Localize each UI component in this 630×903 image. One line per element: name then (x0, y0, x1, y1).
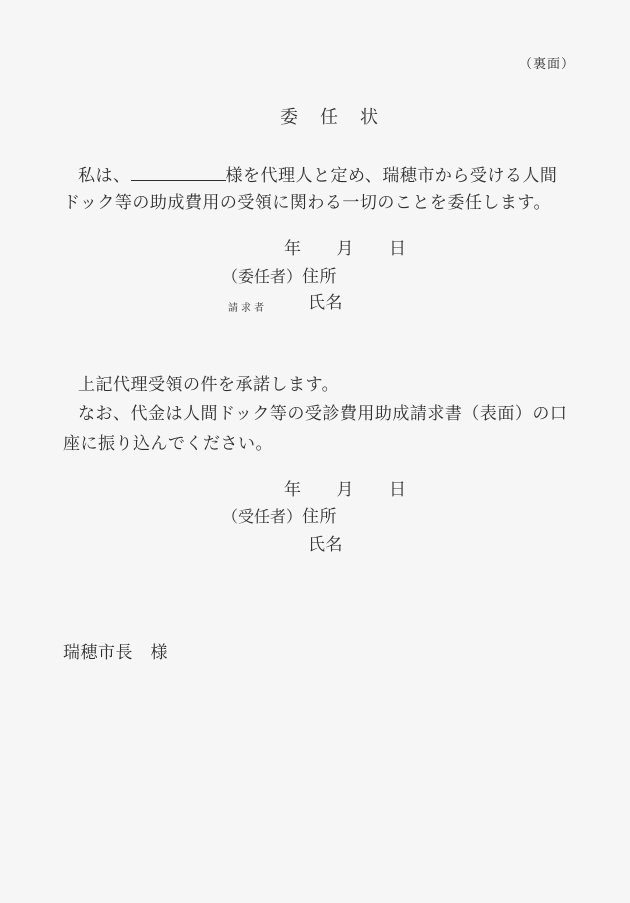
delegation-line1-suffix: 様を代理人と定め、瑞穂市から受ける人間 (226, 166, 558, 185)
agent-name-blank-field (131, 163, 226, 181)
delegatee-address-line: （受任者）住所 (222, 508, 337, 527)
delegation-paragraph-line2: ドック等の助成費用の受領に関わる一切のことを委任します。 (63, 194, 551, 212)
claimant-label: 請求者 (228, 300, 267, 318)
delegator-name-label: 氏名 (308, 294, 343, 312)
delegator-address-line: （委任者）住所 (222, 268, 337, 287)
delegator-role-label: （委任者） (222, 269, 302, 286)
delegatee-role-label: （受任者） (222, 509, 302, 526)
acceptance-paragraph-line1: 上記代理受領の件を承諾します。 (78, 376, 339, 394)
page-title: 委 任 状 (280, 108, 380, 126)
delegation-line1-prefix: 私は、 (78, 166, 131, 185)
back-side-note: （裏面） (519, 55, 575, 73)
delegatee-address-label: 住所 (302, 507, 337, 526)
delegator-address-label: 住所 (302, 267, 337, 286)
delegation-paragraph-line1: 私は、様を代理人と定め、瑞穂市から受ける人間 (78, 163, 557, 185)
power-of-attorney-back-page: （裏面） 委 任 状 私は、様を代理人と定め、瑞穂市から受ける人間 ドック等の助… (0, 0, 630, 903)
acceptance-paragraph-line2: なお、代金は人間ドック等の受診費用助成請求書（表面）の口 (78, 405, 567, 423)
acceptance-paragraph-line3: 座に振り込んでください。 (63, 435, 273, 453)
delegator-date-line: 年 月 日 (284, 240, 407, 258)
addressee-line: 瑞穂市長 様 (63, 644, 168, 662)
delegatee-name-label: 氏名 (308, 536, 343, 554)
delegatee-date-line: 年 月 日 (284, 481, 407, 499)
